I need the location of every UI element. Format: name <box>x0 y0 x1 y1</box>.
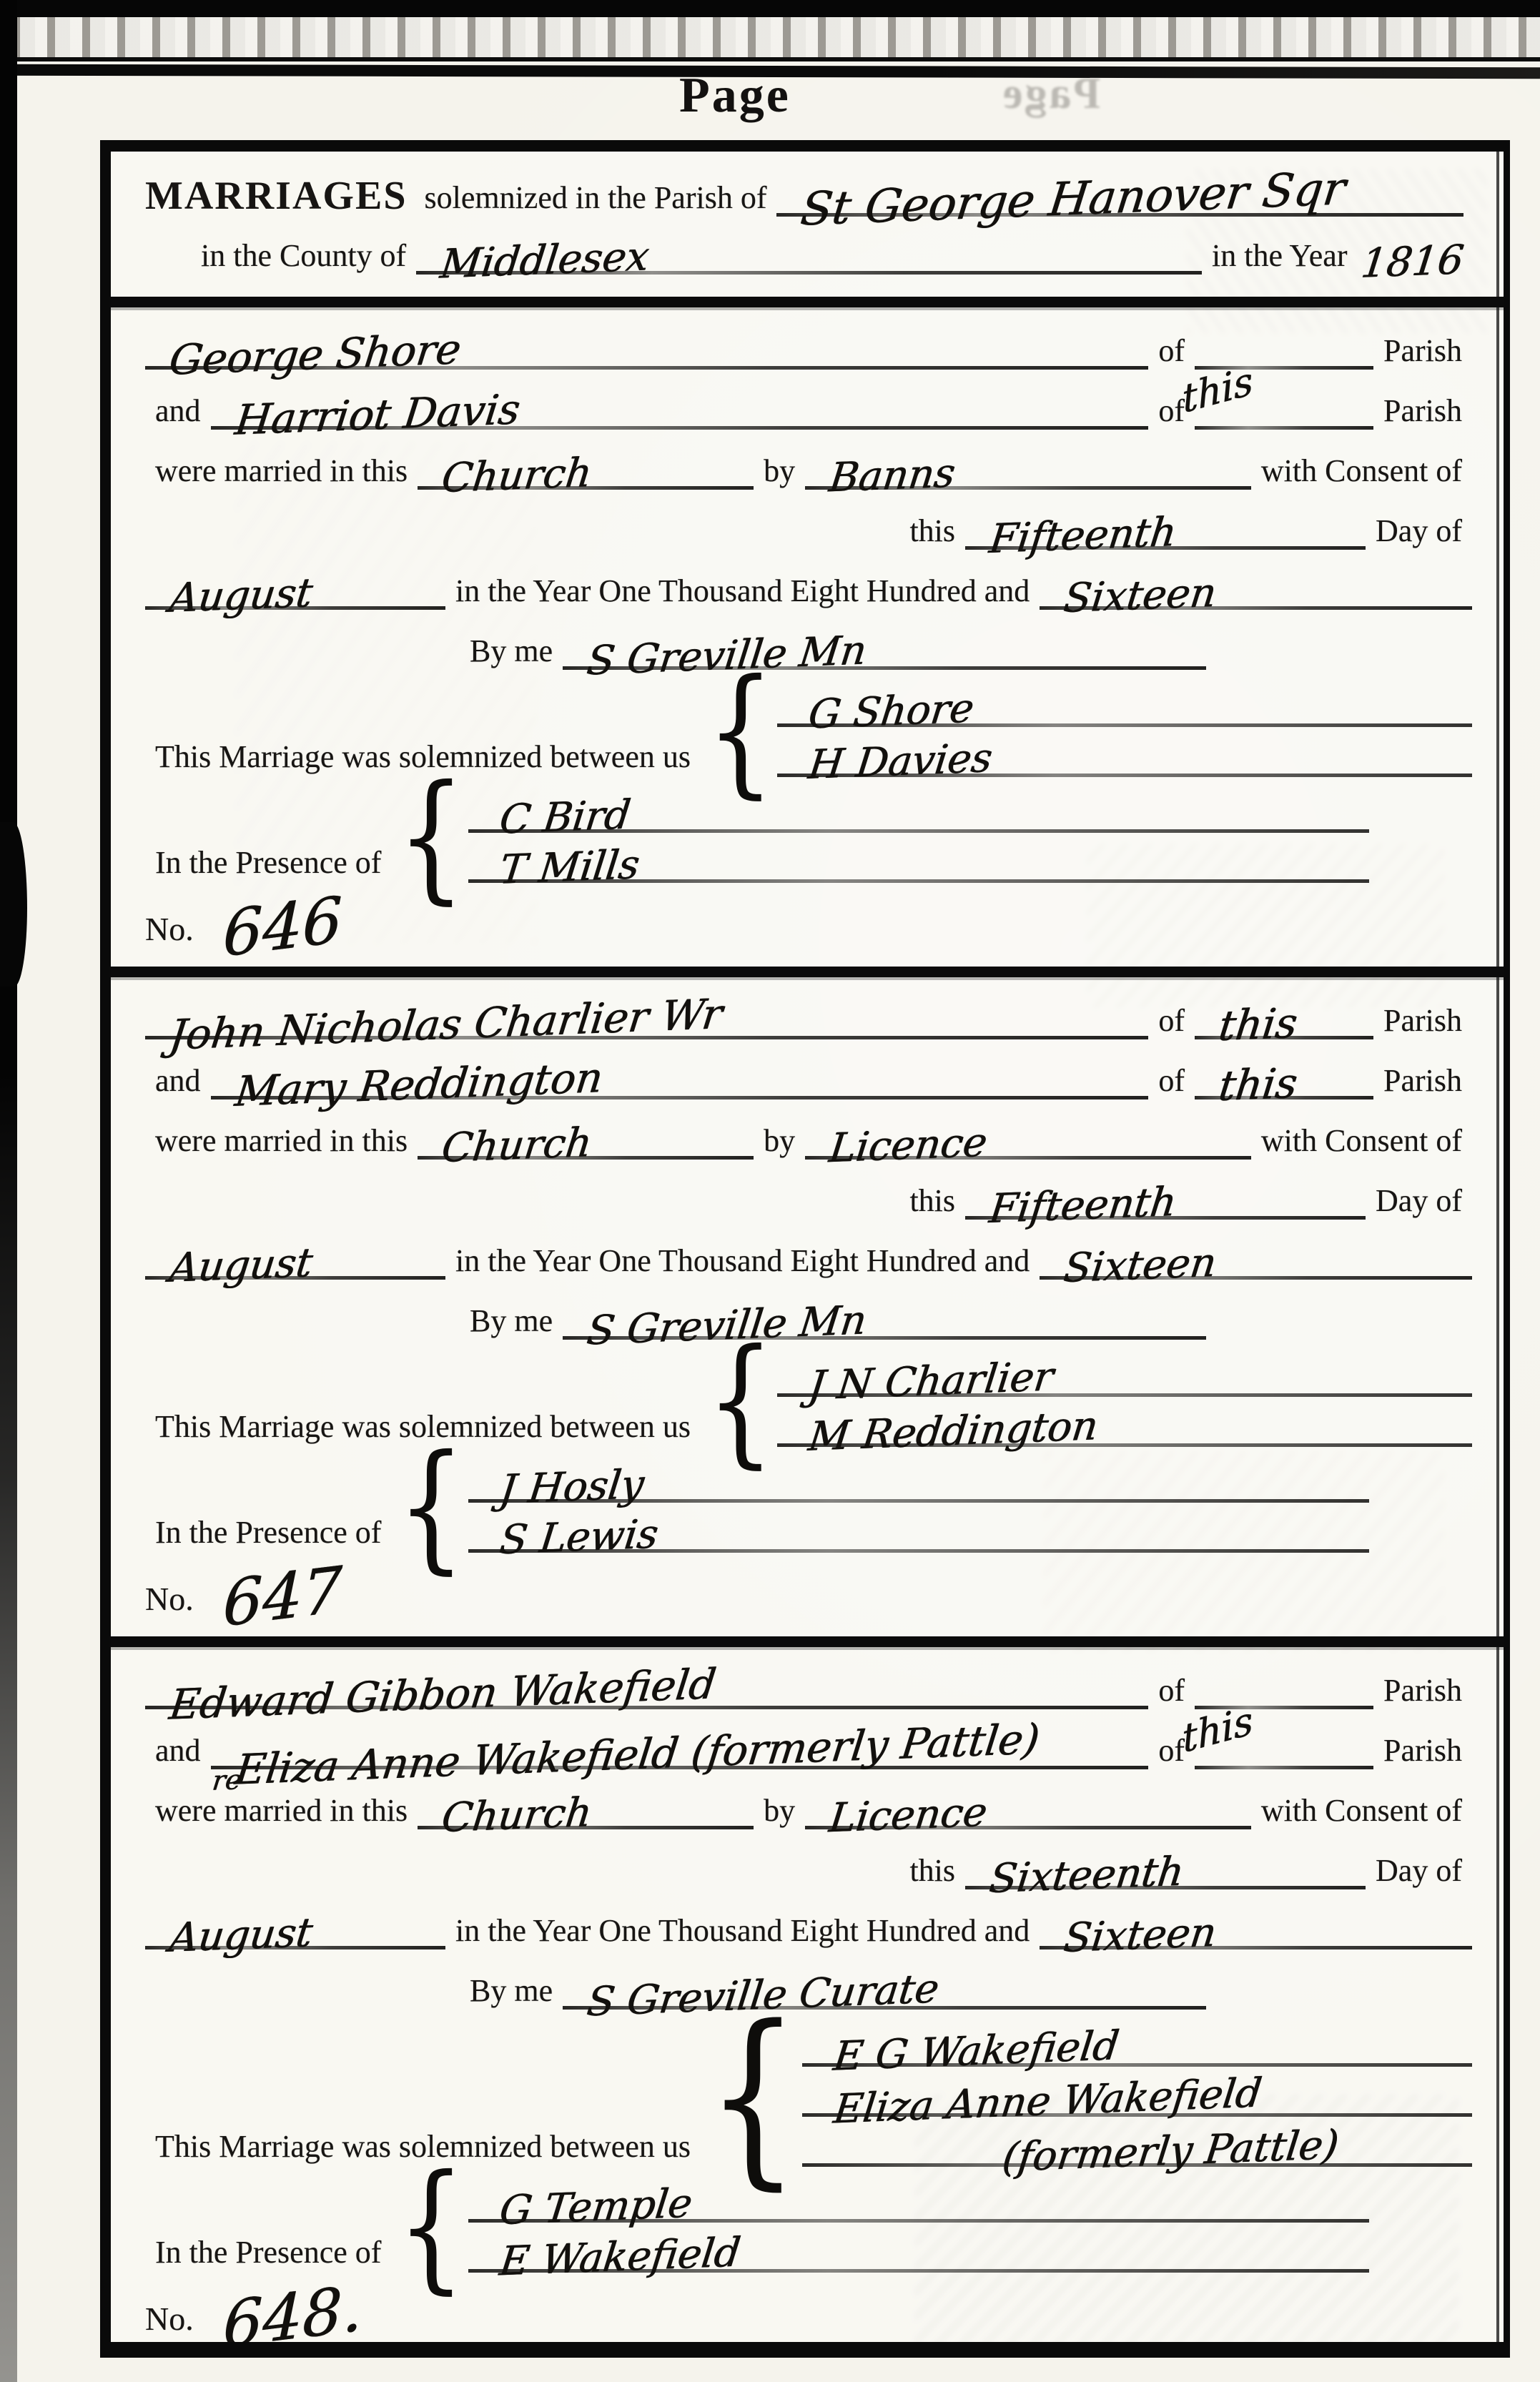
scanned-register-page: { "page": { "title": "Page", "ghost_titl… <box>0 0 1540 2382</box>
day-of-label: Day of <box>1376 1852 1462 1889</box>
entry-number: 648. <box>222 2271 362 2358</box>
marriages-heading: MARRIAGES <box>145 173 407 219</box>
witness-2-signature: T Mills <box>497 841 642 894</box>
minister-field: S Greville Curate <box>563 1972 1206 2016</box>
were-married-label: were married in this <box>155 453 408 489</box>
day-of-label: Day of <box>1376 513 1462 549</box>
presence-line: In the Presence of { C Bird T Mills <box>145 788 1472 888</box>
year-word-handwriting: Sixteen <box>1061 570 1218 623</box>
marriage-entry-648: this Edward Gibbon Wakefield of Parish a… <box>111 1651 1504 2352</box>
marriage-entry-647: John Nicholas Charlier Wr of this Parish… <box>111 982 1504 1632</box>
scan-edge-band <box>0 0 1540 17</box>
day-of-label: Day of <box>1376 1182 1462 1219</box>
minister-signature: S Greville Mn <box>584 1297 869 1354</box>
married-line: were married in this Church by Licence w… <box>145 1112 1472 1166</box>
county-field: Middlesex <box>416 237 1202 281</box>
solemnized-label: solemnized in the Parish of <box>424 179 766 216</box>
presence-line: In the Presence of { G Temple E Wakefiel… <box>145 2178 1472 2278</box>
this-label: this <box>909 1182 955 1219</box>
groom-parish-handwriting: this <box>1216 999 1300 1051</box>
presence-label: In the Presence of <box>155 844 381 881</box>
page-title: Page <box>679 67 791 124</box>
of-label: of <box>1158 1732 1185 1769</box>
scan-left-blot <box>0 822 27 987</box>
year-line: August in the Year One Thousand Eight Hu… <box>145 1232 1472 1286</box>
witness-signatures: J Hosly S Lewis <box>468 1458 1369 1558</box>
day-handwriting: Sixteenth <box>987 1849 1186 1903</box>
day-field: Sixteenth <box>965 1852 1366 1896</box>
bride-signature-line: Eliza Anne Wakefield <box>802 2072 1472 2122</box>
bride-line: and Harriot Davis of Parish <box>145 382 1472 436</box>
county-label: in the County of <box>201 237 406 274</box>
groom-signature-line: E G Wakefield <box>802 2022 1472 2072</box>
bride-parish-handwriting: this <box>1216 1059 1300 1111</box>
month-field: August <box>145 1242 445 1286</box>
this-label: this <box>909 1852 955 1889</box>
year-line: August in the Year One Thousand Eight Hu… <box>145 562 1472 616</box>
witness-signature-line: T Mills <box>468 838 1369 888</box>
groom-name-handwriting: George Shore <box>167 325 463 385</box>
witness-1-signature: J Hosly <box>497 1461 646 1513</box>
solemnized-line: This Marriage was solemnized between us … <box>145 682 1472 782</box>
insertion-mark: re <box>210 1764 243 1797</box>
method-handwriting: Licence <box>826 1789 989 1842</box>
were-married-label: were married in this <box>155 1122 408 1159</box>
bride-signature: M Reddington <box>806 1403 1101 1461</box>
marriage-entry-646: this George Shore of Parish and Harriot … <box>111 312 1504 962</box>
year-word-handwriting: Sixteen <box>1061 1240 1218 1293</box>
couple-signatures: G Shore H Davies <box>777 682 1472 782</box>
groom-parish-field: this <box>1195 1000 1373 1046</box>
method-field: Banns <box>805 453 1251 496</box>
entry-number-line: No. 647 <box>145 1563 1472 1625</box>
day-line: this Fifteenth Day of <box>145 1172 1472 1226</box>
parish-label: Parish <box>1383 1002 1462 1039</box>
place-handwriting: Church <box>439 1120 594 1172</box>
place-field: Church <box>418 453 754 496</box>
and-label: and <box>155 1062 201 1099</box>
of-label: of <box>1158 1672 1185 1709</box>
marriage-register-form: MARRIAGES solemnized in the Parish of St… <box>100 140 1510 2358</box>
month-field: August <box>145 1912 445 1956</box>
day-handwriting: Fifteenth <box>987 1179 1179 1232</box>
county-handwriting: Middlesex <box>438 233 651 288</box>
place-field: Church <box>418 1792 754 1836</box>
by-me-label: By me <box>470 1303 553 1339</box>
solemnized-line: This Marriage was solemnized between us … <box>145 2022 1472 2172</box>
method-field: Licence <box>805 1122 1251 1166</box>
by-label: by <box>764 1792 795 1829</box>
parish-label: Parish <box>1383 1062 1462 1099</box>
by-label: by <box>764 1122 795 1159</box>
and-label: and <box>155 1732 201 1769</box>
this-label: this <box>909 513 955 549</box>
groom-signature-line: J N Charlier <box>777 1352 1472 1402</box>
witness-1-signature: C Bird <box>497 791 633 843</box>
bride-line: and Eliza Anne Wakefield (formerly Pattl… <box>145 1721 1472 1776</box>
month-handwriting: August <box>167 1909 315 1962</box>
consent-label: with Consent of <box>1261 1792 1462 1829</box>
consent-label: with Consent of <box>1261 453 1462 489</box>
presence-label: In the Presence of <box>155 2234 381 2270</box>
couple-signatures: J N Charlier M Reddington <box>777 1352 1472 1452</box>
place-handwriting: Church <box>439 450 594 502</box>
witness-signature-line: E Wakefield <box>468 2228 1369 2278</box>
year-line-label: in the Year One Thousand Eight Hundred a… <box>455 1912 1030 1949</box>
of-label: of <box>1158 1062 1185 1099</box>
section-divider <box>111 297 1504 307</box>
bride-signature-line: H Davies <box>777 732 1472 782</box>
bride-name-handwriting: Mary Reddington <box>232 1053 606 1116</box>
minister-signature: S Greville Mn <box>584 627 869 684</box>
brace-glyph: { <box>397 2168 465 2287</box>
witness-2-signature: S Lewis <box>497 1511 661 1564</box>
witness-signatures: G Temple E Wakefield <box>468 2178 1369 2278</box>
bride-signature-continued: (formerly Pattle) <box>1000 2122 1341 2181</box>
by-me-label: By me <box>470 1972 553 2009</box>
year-word-field: Sixteen <box>1040 1242 1472 1286</box>
groom-name-handwriting: Edward Gibbon Wakefield <box>167 1659 719 1729</box>
no-label: No. <box>145 2300 194 2338</box>
year-line: August in the Year One Thousand Eight Hu… <box>145 1902 1472 1956</box>
entry-number-line: No. 648. <box>145 2283 1472 2345</box>
parish-label: Parish <box>1383 392 1462 429</box>
by-me-label: By me <box>470 633 553 669</box>
no-label: No. <box>145 910 194 948</box>
bride-line: and Mary Reddington of this Parish <box>145 1052 1472 1106</box>
entry-number: 646 <box>222 882 342 971</box>
place-handwriting: Church <box>439 1789 594 1842</box>
groom-line: John Nicholas Charlier Wr of this Parish <box>145 992 1472 1046</box>
presence-line: In the Presence of { J Hosly S Lewis <box>145 1458 1472 1558</box>
presence-label: In the Presence of <box>155 1514 381 1551</box>
bride-parish-field: this <box>1195 1060 1373 1106</box>
groom-line: George Shore of Parish <box>145 322 1472 376</box>
were-married-label: were married in this <box>155 1792 408 1829</box>
scan-left-edge <box>0 0 17 2382</box>
day-field: Fifteenth <box>965 513 1366 556</box>
witness-signature-line: G Temple <box>468 2178 1369 2228</box>
witness-signatures: C Bird T Mills <box>468 788 1369 888</box>
married-line: were married in this Church by Banns wit… <box>145 442 1472 496</box>
brace-glyph: { <box>397 779 465 897</box>
day-handwriting: Fifteenth <box>987 509 1179 563</box>
year-word-handwriting: Sixteen <box>1061 1909 1218 1962</box>
parish-label: Parish <box>1383 1672 1462 1709</box>
year-line-label: in the Year One Thousand Eight Hundred a… <box>455 573 1030 609</box>
bride-signature: H Davies <box>806 735 995 789</box>
solemnized-line: This Marriage was solemnized between us … <box>145 1352 1472 1452</box>
year-line-label: in the Year One Thousand Eight Hundred a… <box>455 1242 1030 1279</box>
couple-signatures: E G Wakefield Eliza Anne Wakefield (form… <box>802 2022 1472 2172</box>
witness-signature-line: J Hosly <box>468 1458 1369 1508</box>
method-field: Licence <box>805 1792 1251 1836</box>
month-handwriting: August <box>167 1240 315 1292</box>
by-label: by <box>764 453 795 489</box>
brace-glyph: { <box>706 2016 799 2178</box>
brace-glyph: { <box>706 673 774 791</box>
witness-2-signature: E Wakefield <box>497 2229 743 2285</box>
parish-label: Parish <box>1383 1732 1462 1769</box>
witness-signature-line: S Lewis <box>468 1508 1369 1558</box>
minister-signature: S Greville Curate <box>584 1965 941 2025</box>
page-title-show-through: Page <box>1001 69 1100 119</box>
place-field: Church <box>418 1122 754 1166</box>
entry-number: 647 <box>222 1552 342 1641</box>
brace-glyph: { <box>397 1448 465 1567</box>
section-divider <box>111 967 1504 977</box>
day-field: Fifteenth <box>965 1182 1366 1226</box>
method-handwriting: Licence <box>826 1120 989 1172</box>
year-word-field: Sixteen <box>1040 1912 1472 1956</box>
form-header: MARRIAGES solemnized in the Parish of St… <box>111 152 1504 292</box>
bride-signature-line: M Reddington <box>777 1402 1472 1452</box>
year-handwriting: 1816 <box>1359 237 1466 287</box>
witness-signature-line: C Bird <box>468 788 1369 838</box>
groom-name-handwriting: John Nicholas Charlier Wr <box>167 989 725 1059</box>
of-label: of <box>1158 332 1185 369</box>
year-label: in the Year <box>1212 237 1347 274</box>
of-label: of <box>1158 1002 1185 1039</box>
day-line: this Sixteenth Day of <box>145 1842 1472 1896</box>
brace-glyph: { <box>706 1343 774 1461</box>
bride-name-field: Harriot Davis <box>211 390 1149 436</box>
year-word-field: Sixteen <box>1040 573 1472 616</box>
minister-field: S Greville Mn <box>563 633 1206 676</box>
bride-name-field: Mary Reddington <box>211 1060 1149 1106</box>
bride-name-field: Eliza Anne Wakefield (formerly Pattle) <box>211 1730 1149 1776</box>
header-line-1: MARRIAGES solemnized in the Parish of St… <box>145 173 1464 223</box>
and-label: and <box>155 392 201 429</box>
minister-field: S Greville Mn <box>563 1303 1206 1346</box>
month-field: August <box>145 573 445 616</box>
by-me-line: By me S Greville Curate <box>145 1962 1472 2016</box>
of-label: of <box>1158 392 1185 429</box>
groom-name-field: John Nicholas Charlier Wr <box>145 1000 1148 1046</box>
bride-name-handwriting: Harriot Davis <box>232 385 523 445</box>
day-line: this Fifteenth Day of <box>145 502 1472 556</box>
parish-field: St George Hanover Sqr <box>776 173 1464 223</box>
groom-name-field: George Shore <box>145 330 1148 376</box>
section-divider <box>111 1636 1504 1647</box>
groom-signature: J N Charlier <box>806 1353 1056 1409</box>
by-me-line: By me S Greville Mn <box>145 1292 1472 1346</box>
no-label: No. <box>145 1580 194 1618</box>
scan-edge-speckle-band <box>0 17 1540 61</box>
groom-signature: G Shore <box>806 685 977 738</box>
groom-line: Edward Gibbon Wakefield of Parish <box>145 1661 1472 1716</box>
consent-label: with Consent of <box>1261 1122 1462 1159</box>
method-handwriting: Banns <box>826 450 957 501</box>
groom-name-field: Edward Gibbon Wakefield <box>145 1670 1148 1716</box>
parish-handwriting: St George Hanover Sqr <box>798 162 1348 237</box>
header-line-2: in the County of Middlesex in the Year 1… <box>145 237 1464 281</box>
month-handwriting: August <box>167 570 315 622</box>
groom-signature-line: G Shore <box>777 682 1472 732</box>
parish-label: Parish <box>1383 332 1462 369</box>
witness-1-signature: G Temple <box>497 2180 694 2235</box>
by-me-line: By me S Greville Mn <box>145 622 1472 676</box>
entry-number-line: No. 646 <box>145 894 1472 955</box>
